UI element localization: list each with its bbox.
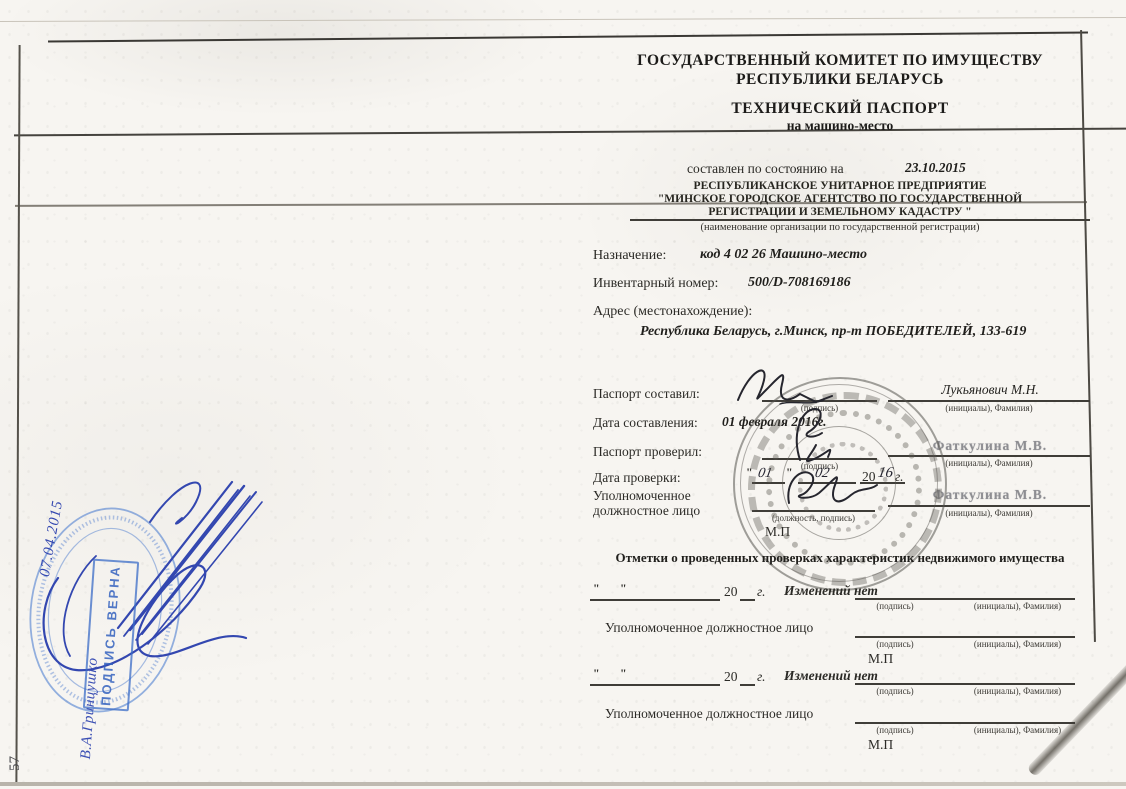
bottom-scan-edge [0,782,1126,786]
check1-mp-seal-mark: М.П [868,651,893,667]
page-corner-fold [1026,632,1126,778]
inventory-number-value: 500/D-708169186 [748,275,851,291]
check2-year-suffix: г. [757,669,765,685]
org-name-line2: "МИНСКОЕ ГОРОДСКОЕ АГЕНТСТВО ПО ГОСУДАРС… [600,193,1080,205]
page-number-rotated: 57 [7,756,24,771]
check1-no-changes: Изменений нет [784,583,878,599]
org-name-caption: (наименование организации по государстве… [600,222,1080,233]
check2-sign-caption: (подпись) [855,686,935,696]
document-subtitle: на машино-место [590,118,1090,134]
official-signature [775,455,885,517]
check1-official-line [855,636,1075,638]
check2-official-initials-caption: (инициалы), Фамилия) [960,725,1075,735]
check1-sign-line [855,598,1075,600]
check2-year-line [740,684,755,686]
address-label: Адрес (местонахождение): [593,304,752,320]
check1-year-suffix: г. [757,584,765,600]
check2-quote-close: " [620,666,627,681]
check2-official-label: Уполномоченное должностное лицо [605,706,813,722]
check1-official-sign-caption: (подпись) [855,639,935,649]
committee-name-line1: ГОСУДАРСТВЕННЫЙ КОМИТЕТ ПО ИМУЩЕСТВУ [590,52,1090,70]
checked-by-label: Паспорт проверил: [593,444,702,460]
inventory-number-label: Инвентарный номер: [593,276,718,292]
top-faint-rule [0,17,1126,22]
purpose-value: код 4 02 26 Машино-место [700,247,867,263]
date-compiled-label: Дата составления: [593,415,698,431]
date-checked-label: Дата проверки: [593,470,681,486]
top-heavy-rule [48,31,1088,42]
check1-quote-open: " [593,581,600,596]
document-title: ТЕХНИЧЕСКИЙ ПАСПОРТ [590,100,1090,118]
committee-name-line2: РЕСПУБЛИКИ БЕЛАРУСЬ [590,71,1090,89]
check1-official-label: Уполномоченное должностное лицо [605,620,813,636]
official-label-line1: Уполномоченное [593,488,691,504]
check1-year-prefix: 20 [724,584,738,600]
official-label-line2: должностное лицо [593,503,700,519]
address-value: Республика Беларусь, г.Минск, пр-т ПОБЕД… [640,324,1026,340]
org-name-line3: РЕГИСТРАЦИИ И ЗЕМЕЛЬНОМУ КАДАСТРУ " [600,206,1080,218]
compiled-by-label: Паспорт составил: [593,386,700,402]
check2-official-line [855,722,1075,724]
checks-title: Отметки о проведенных проверках характер… [590,550,1090,566]
check1-official-initials-caption: (инициалы), Фамилия) [960,639,1075,649]
scanned-document-page: ГОСУДАРСТВЕННЫЙ КОМИТЕТ ПО ИМУЩЕСТВУ РЕС… [0,0,1126,789]
check2-initials-caption: (инициалы), Фамилия) [960,686,1075,696]
check1-initials-caption: (инициалы), Фамилия) [960,601,1075,611]
compiled-by-name-line [888,400,1090,402]
check1-year-line [740,599,755,601]
purpose-label: Назначение: [593,248,666,264]
check2-mp-seal-mark: М.П [868,737,893,753]
check2-no-changes: Изменений нет [784,668,878,684]
check2-sign-line [855,683,1075,685]
check2-official-sign-caption: (подпись) [855,725,935,735]
check2-year-prefix: 20 [724,669,738,685]
check1-sign-caption: (подпись) [855,601,935,611]
as-of-date: 23.10.2015 [905,160,966,176]
org-name-line1: РЕСПУБЛИКАНСКОЕ УНИТАРНОЕ ПРЕДПРИЯТИЕ [600,180,1080,192]
org-name-underline [630,219,1090,221]
check2-date-line [590,684,720,686]
compiled-by-name: Лукьянович М.Н. [890,382,1090,398]
check1-date-line [590,599,720,601]
as-of-label: составлен по состоянию на [687,161,844,177]
check2-quote-open: " [593,666,600,681]
compiled-by-signature [720,360,850,410]
check1-quote-close: " [620,581,627,596]
